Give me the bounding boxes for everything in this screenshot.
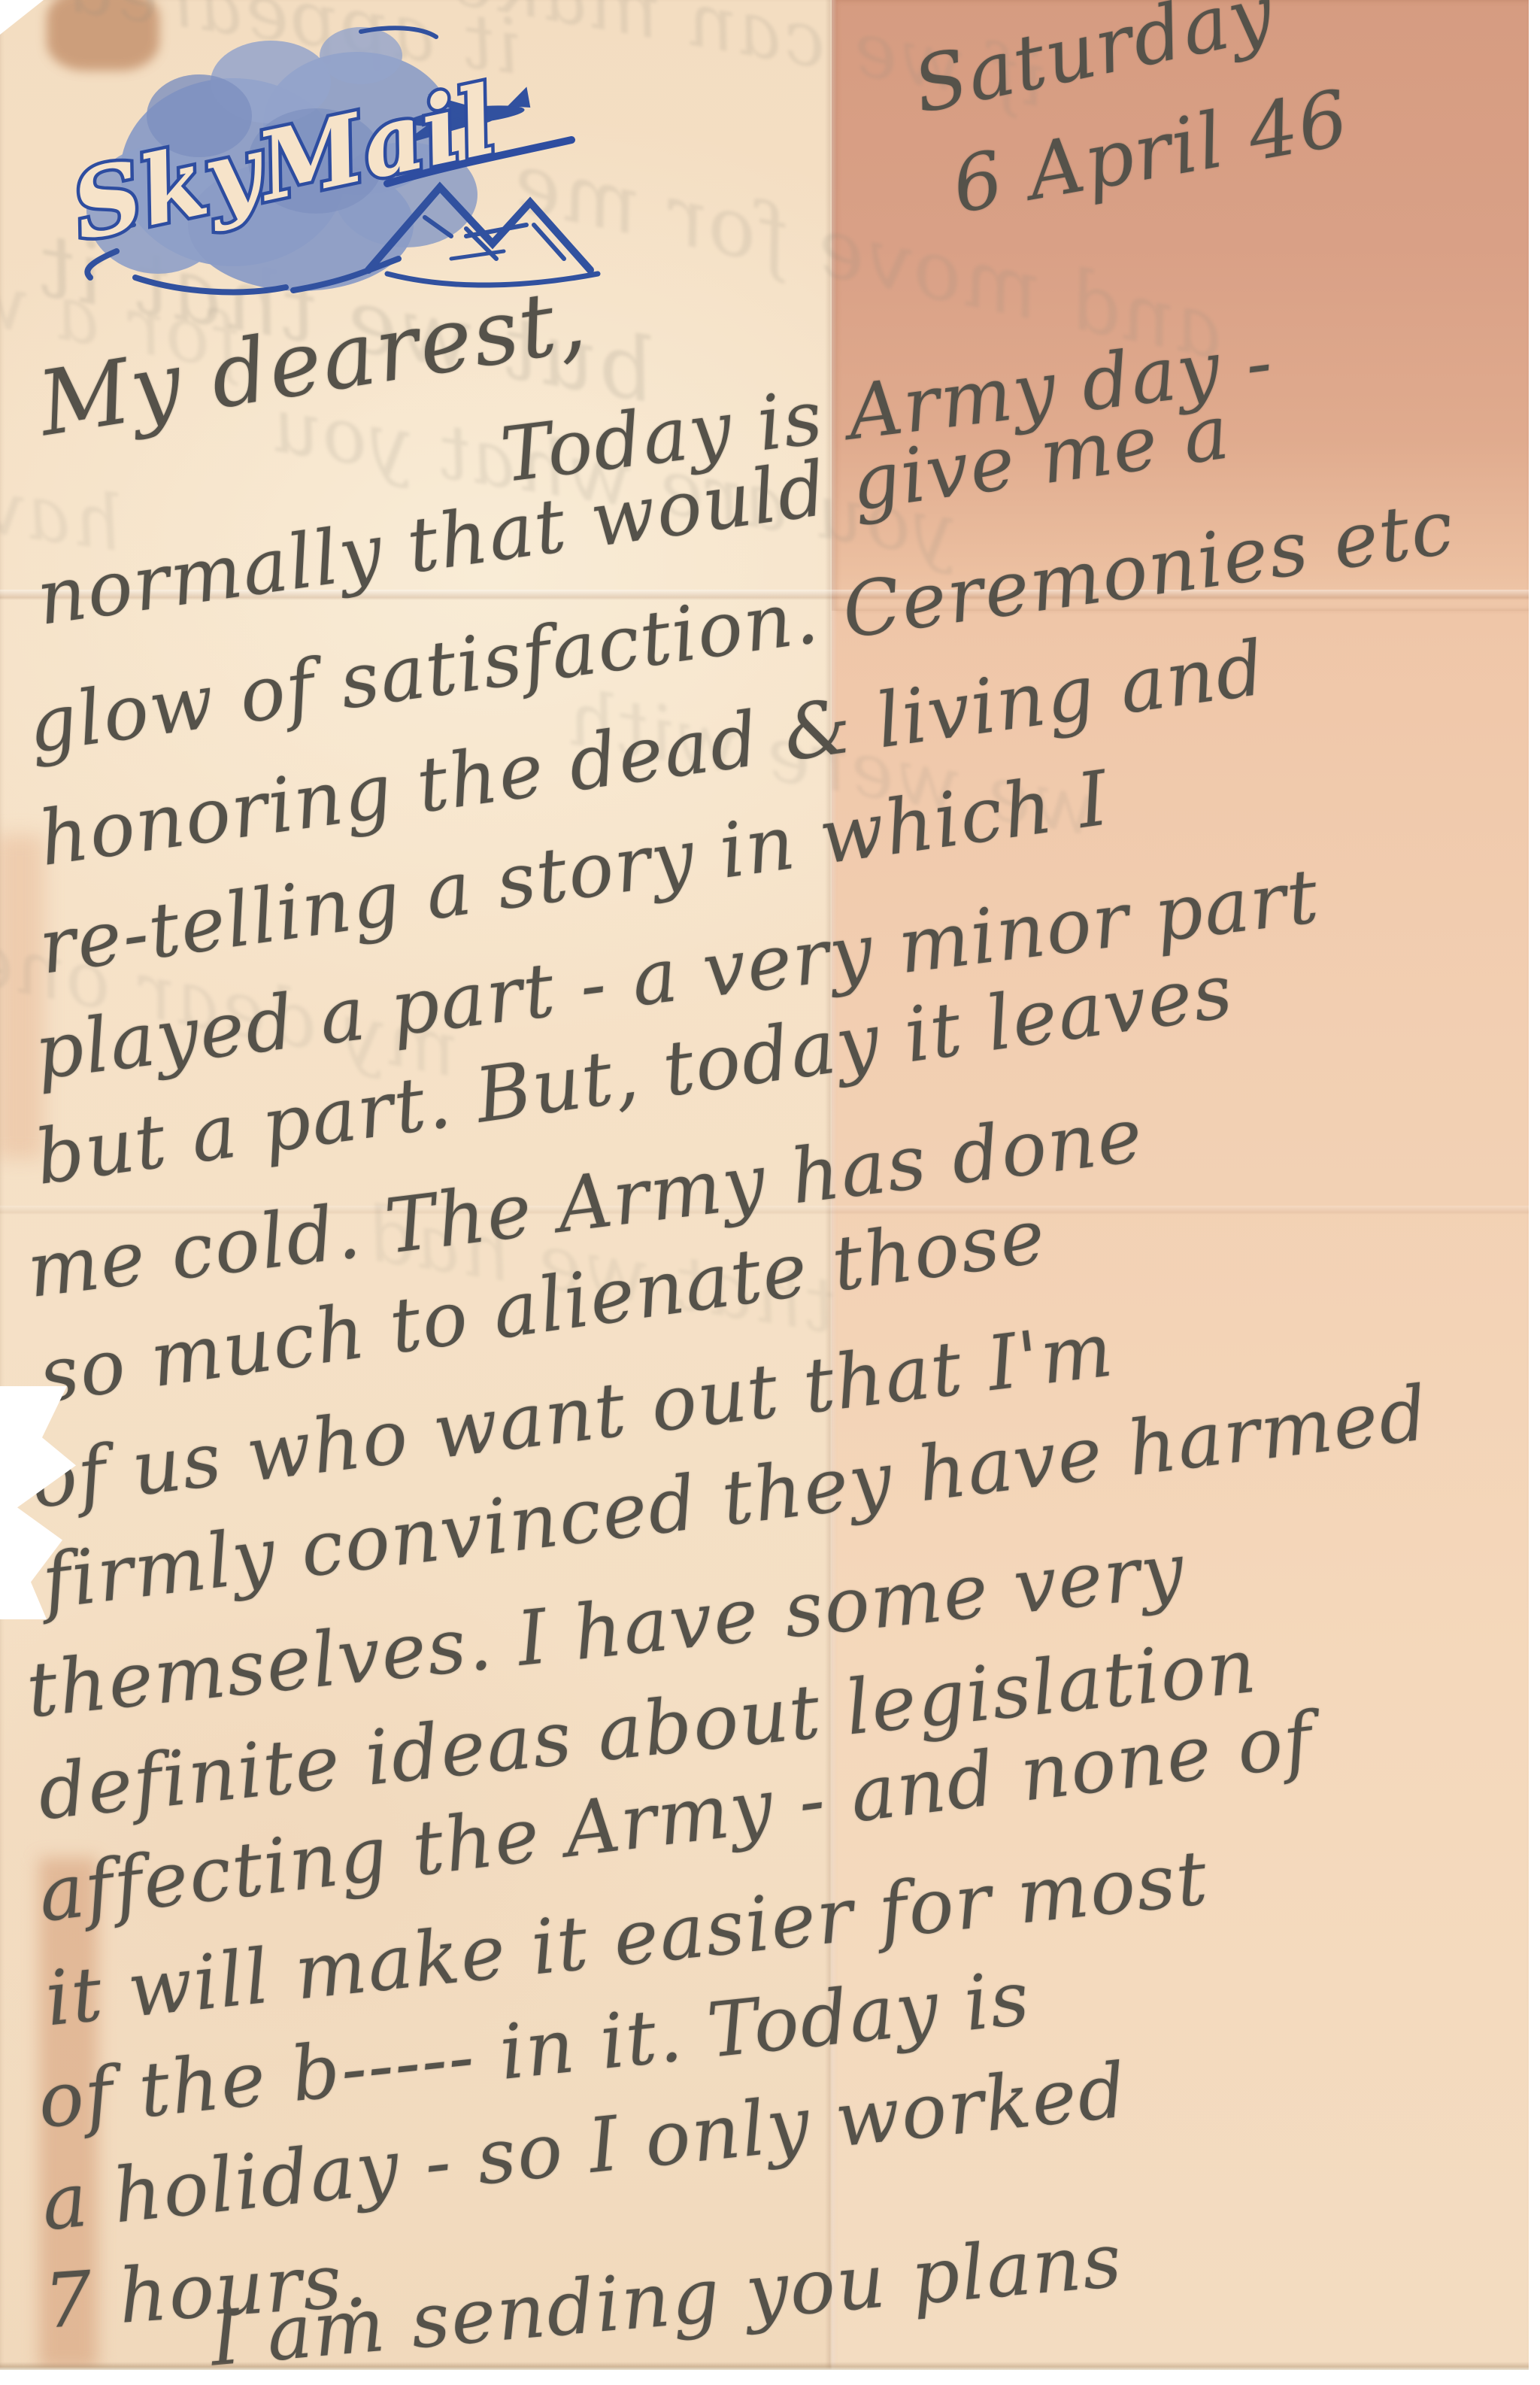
skymail-letterhead-logo: SkyMail bbox=[45, 11, 624, 308]
letter-page: it appeared to if we can make and move f… bbox=[0, 0, 1529, 2370]
paper-bottom-edge bbox=[0, 2362, 1529, 2370]
scan-background: it appeared to if we can make and move f… bbox=[0, 0, 1540, 2385]
